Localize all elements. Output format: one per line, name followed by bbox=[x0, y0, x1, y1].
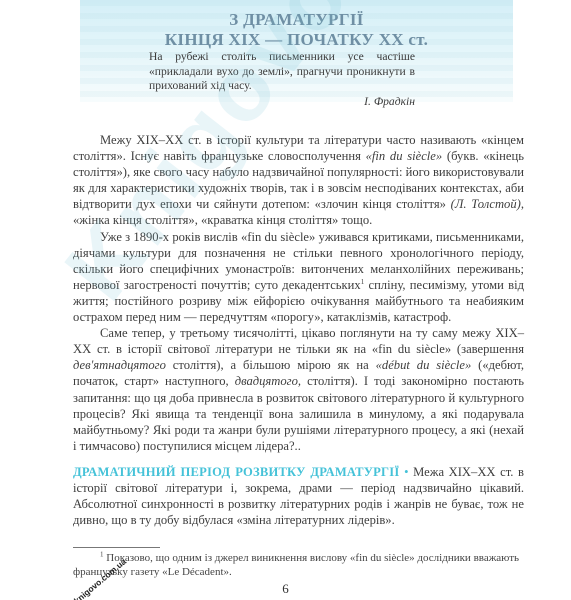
footnote: 1 Показово, що одним із джерел виникненн… bbox=[73, 551, 524, 579]
paragraph-1: Межу XIX–XX ст. в історії культури та лі… bbox=[73, 132, 524, 229]
chapter-title: З ДРАМАТУРГІЇ КІНЦЯ XIX — ПОЧАТКУ XX ст. bbox=[80, 10, 513, 50]
footnote-divider bbox=[73, 547, 160, 548]
paragraph-4: ДРАМАТИЧНИЙ ПЕРІОД РОЗВИТКУ ДРАМАТУРГІЇ … bbox=[73, 464, 524, 528]
epigraph-text: На рубежі століть письменники усе частіш… bbox=[149, 50, 415, 94]
epigraph-author: І. Фрадкін bbox=[149, 95, 415, 108]
main-text: Межу XIX–XX ст. в історії культури та лі… bbox=[73, 132, 524, 528]
paragraph-3: Саме тепер, у третьому тисячолітті, ціка… bbox=[73, 325, 524, 454]
section-heading: ДРАМАТИЧНИЙ ПЕРІОД РОЗВИТКУ ДРАМАТУРГІЇ bbox=[73, 465, 399, 479]
chapter-title-line-2: КІНЦЯ XIX — ПОЧАТКУ XX ст. bbox=[80, 30, 513, 50]
chapter-title-line-1: З ДРАМАТУРГІЇ bbox=[80, 10, 513, 30]
paragraph-2: Уже з 1890-х років вислів «fin du siècle… bbox=[73, 229, 524, 326]
